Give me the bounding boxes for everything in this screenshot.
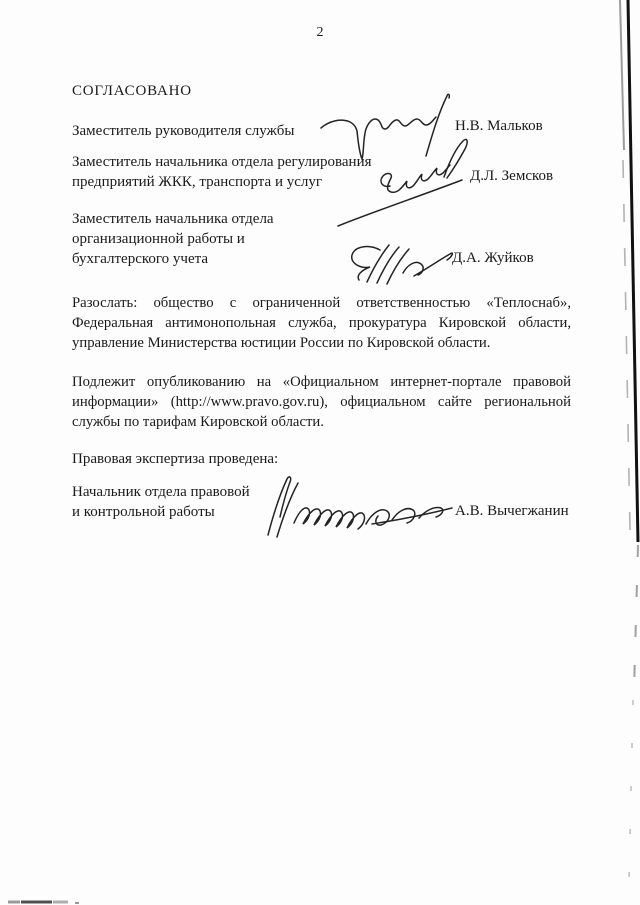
title-line: и контрольной работы bbox=[72, 502, 250, 522]
title-line: организационной работы и bbox=[72, 229, 274, 249]
publication-paragraph: Подлежит опубликованию на «Официальном и… bbox=[72, 372, 571, 433]
signatory-name-2: Д.Л. Земсков bbox=[470, 168, 553, 185]
title-line: Начальник отдела правовой bbox=[72, 482, 250, 502]
title-line: Заместитель руководителя службы bbox=[72, 121, 294, 141]
legal-expertise-line: Правовая экспертиза проведена: bbox=[72, 451, 278, 468]
page-number: 2 bbox=[0, 25, 640, 41]
title-line: Заместитель начальника отдела регулирова… bbox=[72, 152, 372, 172]
distribution-paragraph: Разослать: общество с ограниченной ответ… bbox=[72, 293, 571, 354]
approval-heading: СОГЛАСОВАНО bbox=[72, 83, 192, 100]
scan-edge-artifact bbox=[620, 0, 638, 880]
signatory-title-1: Заместитель руководителя службы bbox=[72, 121, 294, 141]
legal-signatory-title: Начальник отдела правовой и контрольной … bbox=[72, 482, 250, 522]
document-page: 2 СОГЛАСОВАНО Заместитель руководителя с… bbox=[0, 0, 640, 905]
signature-vychegzhanin bbox=[268, 477, 452, 537]
title-line: бухгалтерского учета bbox=[72, 249, 274, 269]
legal-signatory-name: А.В. Вычегжанин bbox=[455, 503, 569, 520]
signatory-name-3: Д.А. Жуйков bbox=[452, 250, 534, 267]
signatory-name-1: Н.В. Мальков bbox=[455, 118, 543, 135]
signature-malkov bbox=[321, 94, 449, 159]
title-line: предприятий ЖКК, транспорта и услуг bbox=[72, 172, 372, 192]
title-line: Заместитель начальника отдела bbox=[72, 209, 274, 229]
signatory-title-2: Заместитель начальника отдела регулирова… bbox=[72, 152, 372, 192]
scan-bottom-artifact bbox=[8, 902, 79, 903]
signature-zhuykov bbox=[352, 245, 453, 284]
signatory-title-3: Заместитель начальника отдела организаци… bbox=[72, 209, 274, 269]
